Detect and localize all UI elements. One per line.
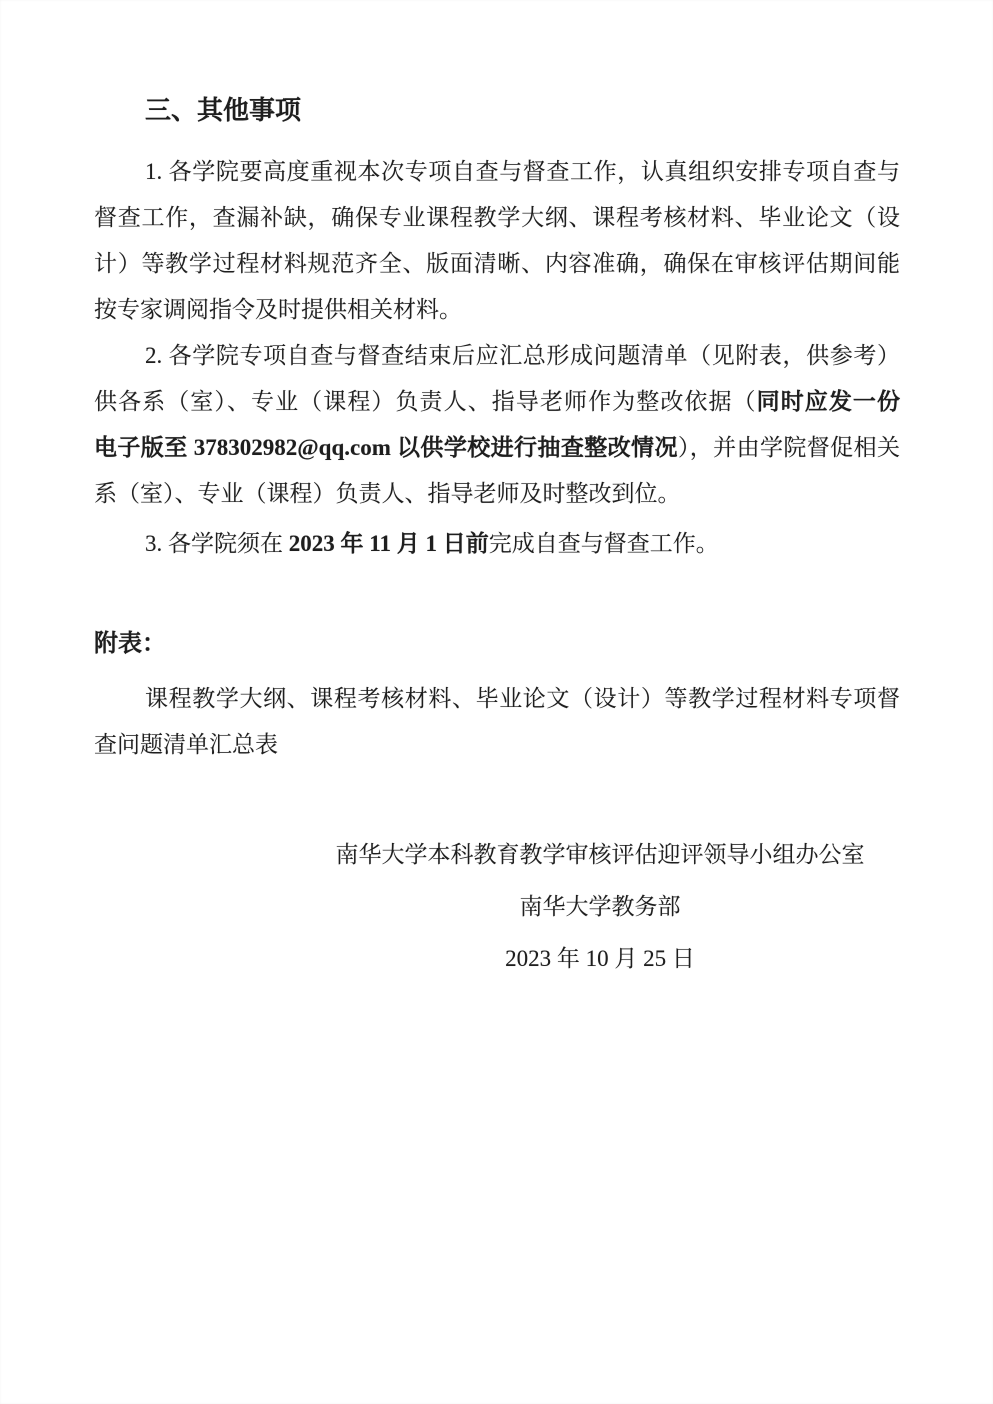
body-text: 供各系（室）、专业（课程）负责人、指导老师作为整改依据（ [94,389,757,414]
body-line: 查问题清单汇总表 [94,722,900,768]
body-text: 1. 各学院要高度重视本次专项自查与督查工作，认真组织安排专项自查与 [145,159,900,184]
paragraph-2: 2. 各学院专项自查与督查结束后应汇总形成问题清单（见附表，供参考） 供各系（室… [94,333,900,517]
section-heading: 三、其他事项 [94,94,900,128]
body-text: 2. 各学院专项自查与督查结束后应汇总形成问题清单（见附表，供参考） [145,343,900,368]
body-text: 系（室）、专业（课程）负责人、指导老师及时整改到位。 [94,481,681,506]
attachment-title: 课程教学大纲、课程考核材料、毕业论文（设计）等教学过程材料专项督 查问题清单汇总… [94,676,900,768]
body-line: 1. 各学院要高度重视本次专项自查与督查工作，认真组织安排专项自查与 [94,149,900,195]
signature-block: 南华大学本科教育教学审核评估迎评领导小组办公室 南华大学教务部 2023 年 1… [300,829,900,985]
body-text-bold: 同时应发一份 [757,389,900,414]
body-line: 计）等教学过程材料规范齐全、版面清晰、内容准确，确保在审核评估期间能 [94,241,900,287]
paragraph-3: 3. 各学院须在 2023 年 11 月 1 日前完成自查与督查工作。 [94,521,900,567]
body-line: 3. 各学院须在 2023 年 11 月 1 日前完成自查与督查工作。 [94,521,900,567]
attachment-label: 附表： [94,627,900,661]
signature-date: 2023 年 10 月 25 日 [300,933,900,985]
body-text: 计）等教学过程材料规范齐全、版面清晰、内容准确，确保在审核评估期间能 [94,251,900,276]
body-line: 电子版至 378302982@qq.com 以供学校进行抽查整改情况），并由学院… [94,425,900,471]
signature-department: 南华大学教务部 [300,881,900,933]
body-line: 供各系（室）、专业（课程）负责人、指导老师作为整改依据（同时应发一份 [94,379,900,425]
body-line: 按专家调阅指令及时提供相关材料。 [94,287,900,333]
email-address-bold: 电子版至 378302982@qq.com 以供学校进行抽查整改情况 [94,435,678,460]
body-text: ），并由学院督促相关 [678,435,900,460]
deadline-date-bold: 2023 年 11 月 1 日前 [289,531,489,556]
body-text: 完成自查与督查工作。 [489,531,719,556]
document-page: 三、其他事项 1. 各学院要高度重视本次专项自查与督查工作，认真组织安排专项自查… [0,0,993,1404]
document-content: 三、其他事项 1. 各学院要高度重视本次专项自查与督查工作，认真组织安排专项自查… [94,0,900,985]
body-line: 课程教学大纲、课程考核材料、毕业论文（设计）等教学过程材料专项督 [94,676,900,722]
signature-office: 南华大学本科教育教学审核评估迎评领导小组办公室 [300,829,900,881]
body-line: 督查工作，查漏补缺，确保专业课程教学大纲、课程考核材料、毕业论文（设 [94,195,900,241]
body-text: 3. 各学院须在 [145,531,289,556]
body-text: 按专家调阅指令及时提供相关材料。 [94,297,462,322]
attachment-title-text: 课程教学大纲、课程考核材料、毕业论文（设计）等教学过程材料专项督 [145,686,900,711]
paragraph-1: 1. 各学院要高度重视本次专项自查与督查工作，认真组织安排专项自查与 督查工作，… [94,149,900,333]
body-line: 2. 各学院专项自查与督查结束后应汇总形成问题清单（见附表，供参考） [94,333,900,379]
attachment-title-text: 查问题清单汇总表 [94,732,278,757]
body-line: 系（室）、专业（课程）负责人、指导老师及时整改到位。 [94,471,900,517]
body-text: 督查工作，查漏补缺，确保专业课程教学大纲、课程考核材料、毕业论文（设 [94,205,900,230]
